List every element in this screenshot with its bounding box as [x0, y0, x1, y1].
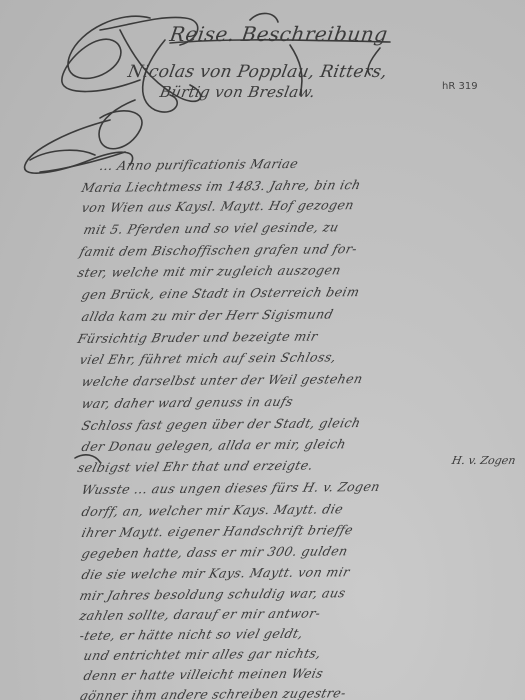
manuscript-line: von Wien aus Kaysl. Maytt. Hof gezogen [80, 197, 356, 215]
manuscript-line: gönner ihm andere schreiben zugestre- [78, 685, 347, 700]
manuscript-line: gen Brück, eine Stadt in Osterreich beim [80, 284, 361, 302]
manuscript-line: mit 5. Pferden und so viel gesinde, zu [82, 219, 340, 237]
manuscript-line: die sie welche mir Kays. Maytt. von mir [80, 564, 351, 582]
manuscript-line: zahlen sollte, darauf er mir antwor- [78, 605, 322, 623]
margin-note: H. v. Zogen [451, 454, 517, 467]
manuscript-line: Wusste ... aus ungen dieses fürs H. v. Z… [80, 479, 382, 497]
manuscript-body: ... Anno purificationis Mariae Maria Lie… [0, 0, 525, 700]
manuscript-line: war, daher ward genuss in aufs [80, 394, 295, 411]
manuscript-line: denn er hatte villeicht meinen Weis [82, 666, 325, 683]
manuscript-line: dorff, an, welcher mir Kays. Maytt. die [80, 501, 345, 519]
manuscript-line: der Donau gelegen, allda er mir, gleich [80, 436, 348, 454]
manuscript-line: allda kam zu mir der Herr Sigismund [80, 306, 335, 324]
manuscript-line: ihrer Maytt. eigener Handschrift brieffe [80, 522, 355, 540]
manuscript-line: viel Ehr, führet mich auf sein Schloss, [78, 349, 338, 367]
manuscript-page: Reise. Beschreibung Nicolas von Popplau,… [0, 0, 525, 700]
manuscript-line: famit dem Bischoffischen grafen und for- [78, 241, 359, 259]
manuscript-line: ... Anno purificationis Mariae [98, 156, 300, 173]
manuscript-line: gegeben hatte, dass er mir 300. gulden [80, 543, 349, 561]
manuscript-line: Schloss fast gegen über der Stadt, gleic… [80, 415, 362, 433]
manuscript-line: mir Jahres besoldung schuldig war, aus [78, 585, 347, 603]
manuscript-line: welche darselbst unter der Weil gestehen [80, 371, 364, 389]
manuscript-line: -tete, er hätte nicht so viel geldt, [78, 626, 305, 643]
manuscript-line: Fürsichtig Bruder und bezeigte mir [76, 328, 319, 346]
manuscript-line: selbigst viel Ehr that und erzeigte. [76, 458, 315, 475]
manuscript-line: ster, welche mit mir zugleich auszogen [76, 262, 343, 280]
manuscript-line: und entrichtet mir alles gar nichts, [82, 646, 323, 663]
manuscript-line: Maria Liechtmess im 1483. Jahre, bin ich [80, 177, 362, 195]
